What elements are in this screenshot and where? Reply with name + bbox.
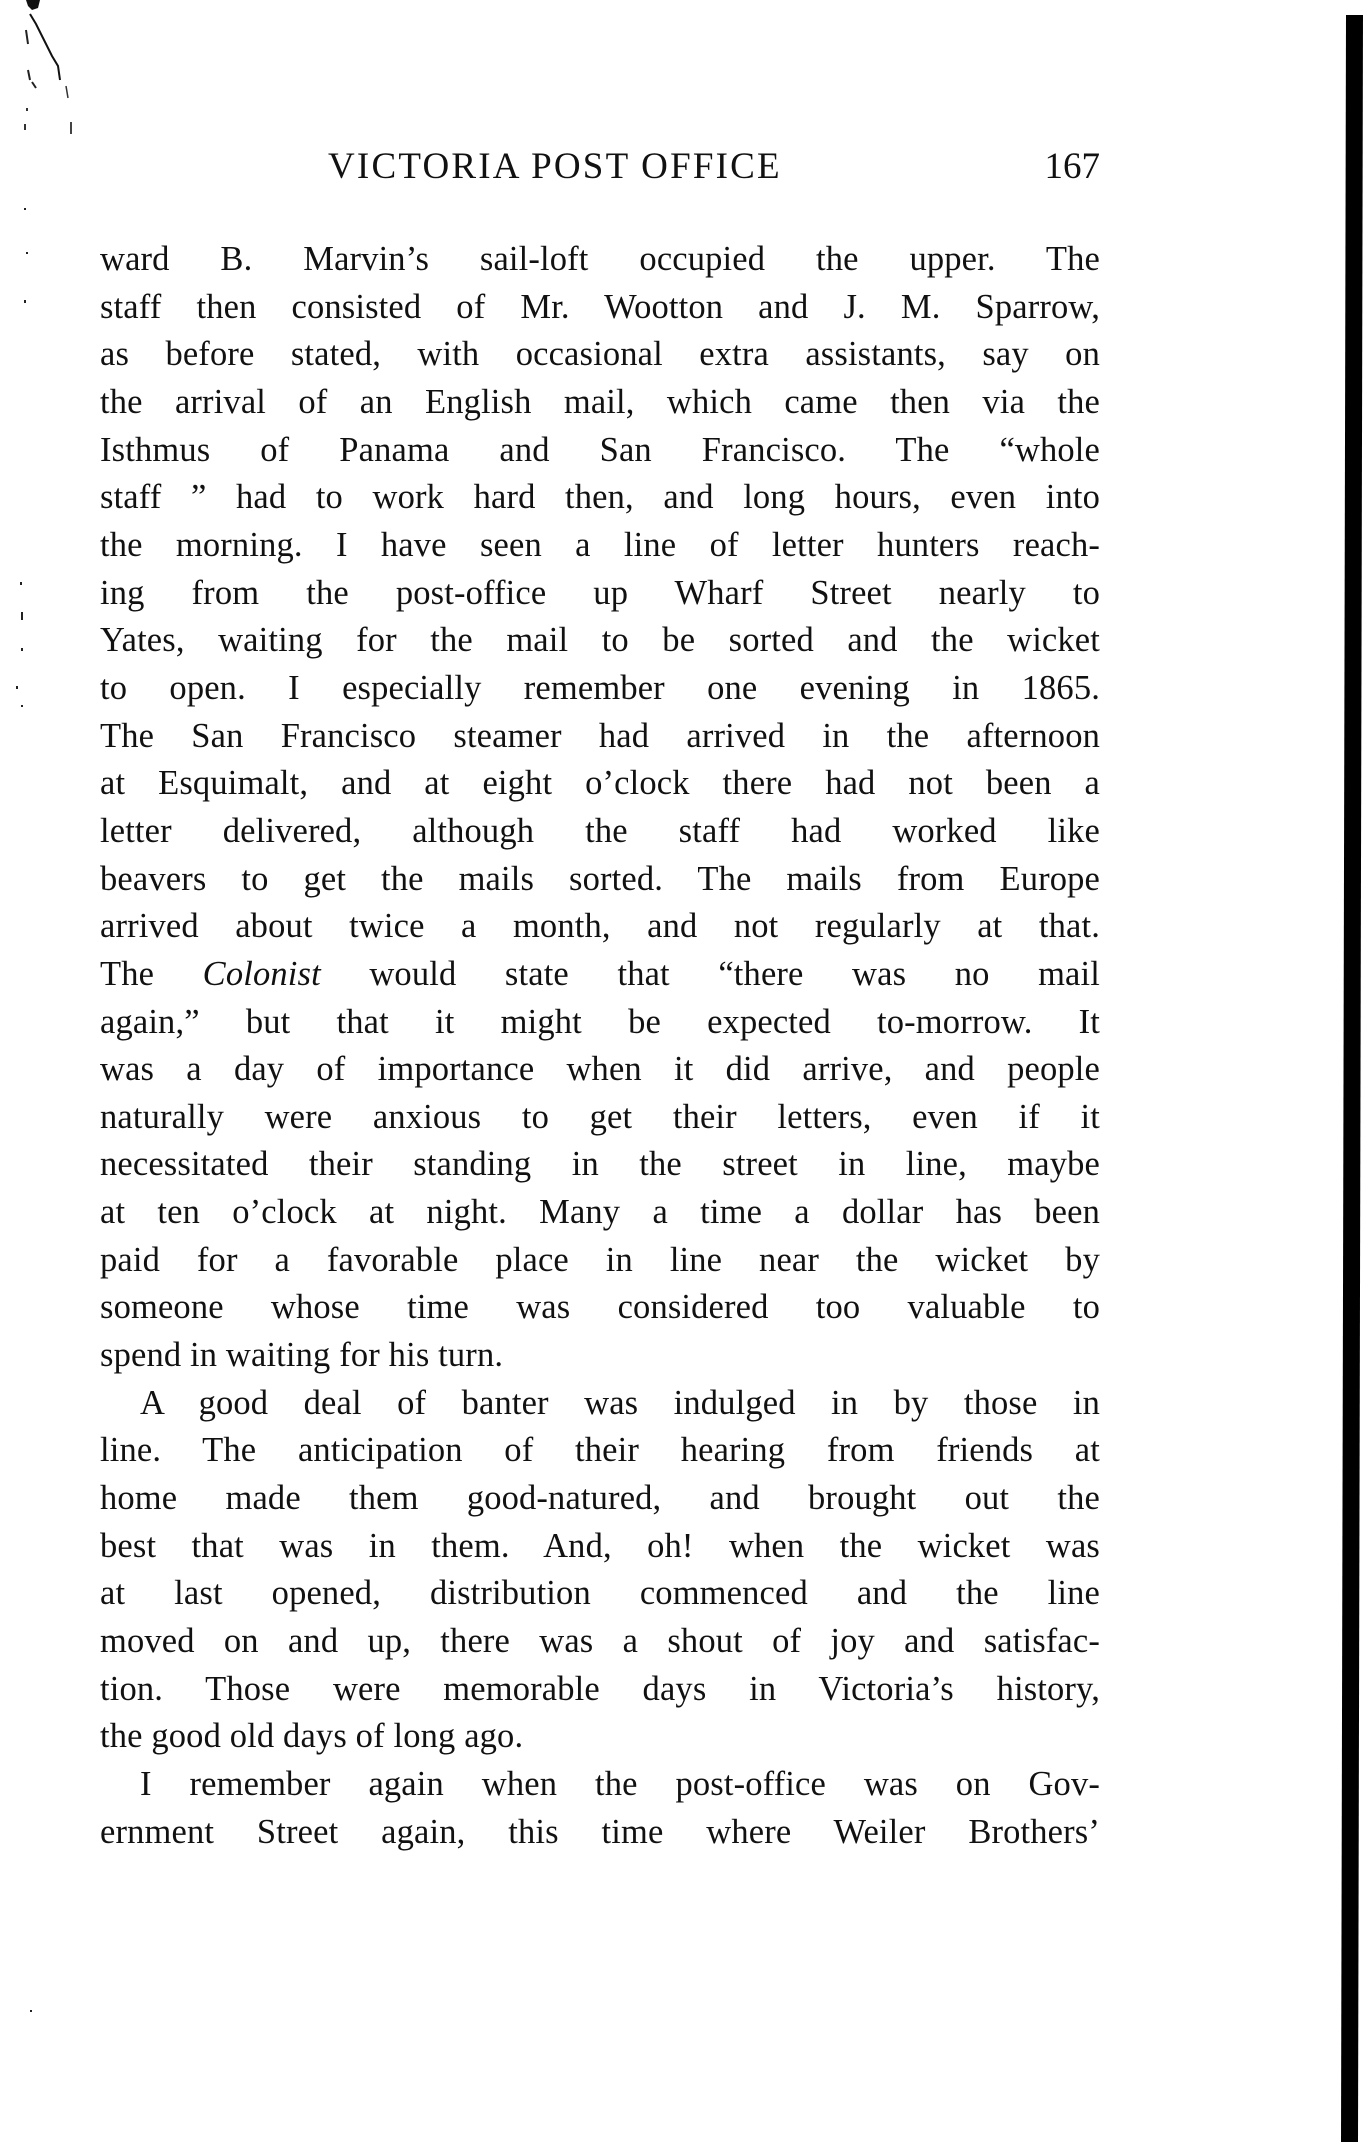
text-line: staff ” had to work hard then, and long … — [100, 474, 1100, 522]
scan-speck — [21, 705, 23, 707]
body-text: ward B. Marvin’s sail-loft occupied the … — [100, 236, 1100, 1856]
text-line: to open. I especially remember one eveni… — [100, 665, 1100, 713]
text-line: letter delivered, although the staff had… — [100, 808, 1100, 856]
text-line: someone whose time was considered too va… — [100, 1284, 1100, 1332]
scan-speck — [26, 252, 28, 254]
scan-speck — [30, 2010, 32, 2012]
scan-speck — [21, 648, 23, 651]
text-line: arrived about twice a month, and not reg… — [100, 903, 1100, 951]
text-line: at ten o’clock at night. Many a time a d… — [100, 1189, 1100, 1237]
text-line: the good old days of long ago. — [100, 1713, 1100, 1761]
text-line: ernment Street again, this time where We… — [100, 1809, 1100, 1857]
text-line: was a day of importance when it did arri… — [100, 1046, 1100, 1094]
text-line: paid for a favorable place in line near … — [100, 1237, 1100, 1285]
text-line: spend in waiting for his turn. — [100, 1332, 1100, 1380]
text-line: at Esquimalt, and at eight o’clock there… — [100, 760, 1100, 808]
text-line: the arrival of an English mail, which ca… — [100, 379, 1100, 427]
text-line: ward B. Marvin’s sail-loft occupied the … — [100, 236, 1100, 284]
newspaper-title-italic: Colonist — [203, 955, 321, 993]
text-line: moved on and up, there was a shout of jo… — [100, 1618, 1100, 1666]
running-head-title: VICTORIA POST OFFICE — [328, 143, 782, 191]
paragraph-2: A good deal of banter was indulged in by… — [100, 1380, 1100, 1761]
text-line: at last opened, distribution commenced a… — [100, 1570, 1100, 1618]
text-run: The — [100, 955, 203, 993]
text-line: the morning. I have seen a line of lette… — [100, 522, 1100, 570]
text-line: staff then consisted of Mr. Wootton and … — [100, 284, 1100, 332]
scan-speck — [20, 582, 22, 585]
text-line: again,” but that it might be expected to… — [100, 999, 1100, 1047]
text-line: Isthmus of Panama and San Francisco. The… — [100, 427, 1100, 475]
text-line: I remember again when the post-office wa… — [100, 1761, 1100, 1809]
running-head: VICTORIA POST OFFICE 167 — [100, 143, 1100, 191]
scan-artifact-corner-icon — [22, 0, 82, 150]
text-line-with-italic: The Colonist would state that “there was… — [100, 951, 1100, 999]
text-line: as before stated, with occasional extra … — [100, 331, 1100, 379]
scan-speck — [16, 686, 18, 689]
scan-speck — [24, 208, 26, 210]
text-line: Yates, waiting for the mail to be sorted… — [100, 617, 1100, 665]
text-line: naturally were anxious to get their lett… — [100, 1094, 1100, 1142]
text-line: tion. Those were memorable days in Victo… — [100, 1666, 1100, 1714]
scan-speck — [21, 612, 23, 620]
book-page: VICTORIA POST OFFICE 167 ward B. Marvin’… — [0, 0, 1363, 2142]
text-line: The San Francisco steamer had arrived in… — [100, 713, 1100, 761]
scan-speck — [24, 300, 26, 303]
text-line: beavers to get the mails sorted. The mai… — [100, 856, 1100, 904]
text-line: ing from the post-office up Wharf Street… — [100, 570, 1100, 618]
paragraph-1: ward B. Marvin’s sail-loft occupied the … — [100, 236, 1100, 1380]
text-line: A good deal of banter was indulged in by… — [100, 1380, 1100, 1428]
text-line: best that was in them. And, oh! when the… — [100, 1523, 1100, 1571]
paragraph-3: I remember again when the post-office wa… — [100, 1761, 1100, 1856]
page-number: 167 — [1045, 143, 1101, 191]
text-line: necessitated their standing in the stree… — [100, 1141, 1100, 1189]
text-run: would state that “there was no mail — [321, 955, 1100, 993]
binding-edge — [1333, 15, 1363, 2142]
text-line: home made them good-natured, and brought… — [100, 1475, 1100, 1523]
text-line: line. The anticipation of their hearing … — [100, 1427, 1100, 1475]
